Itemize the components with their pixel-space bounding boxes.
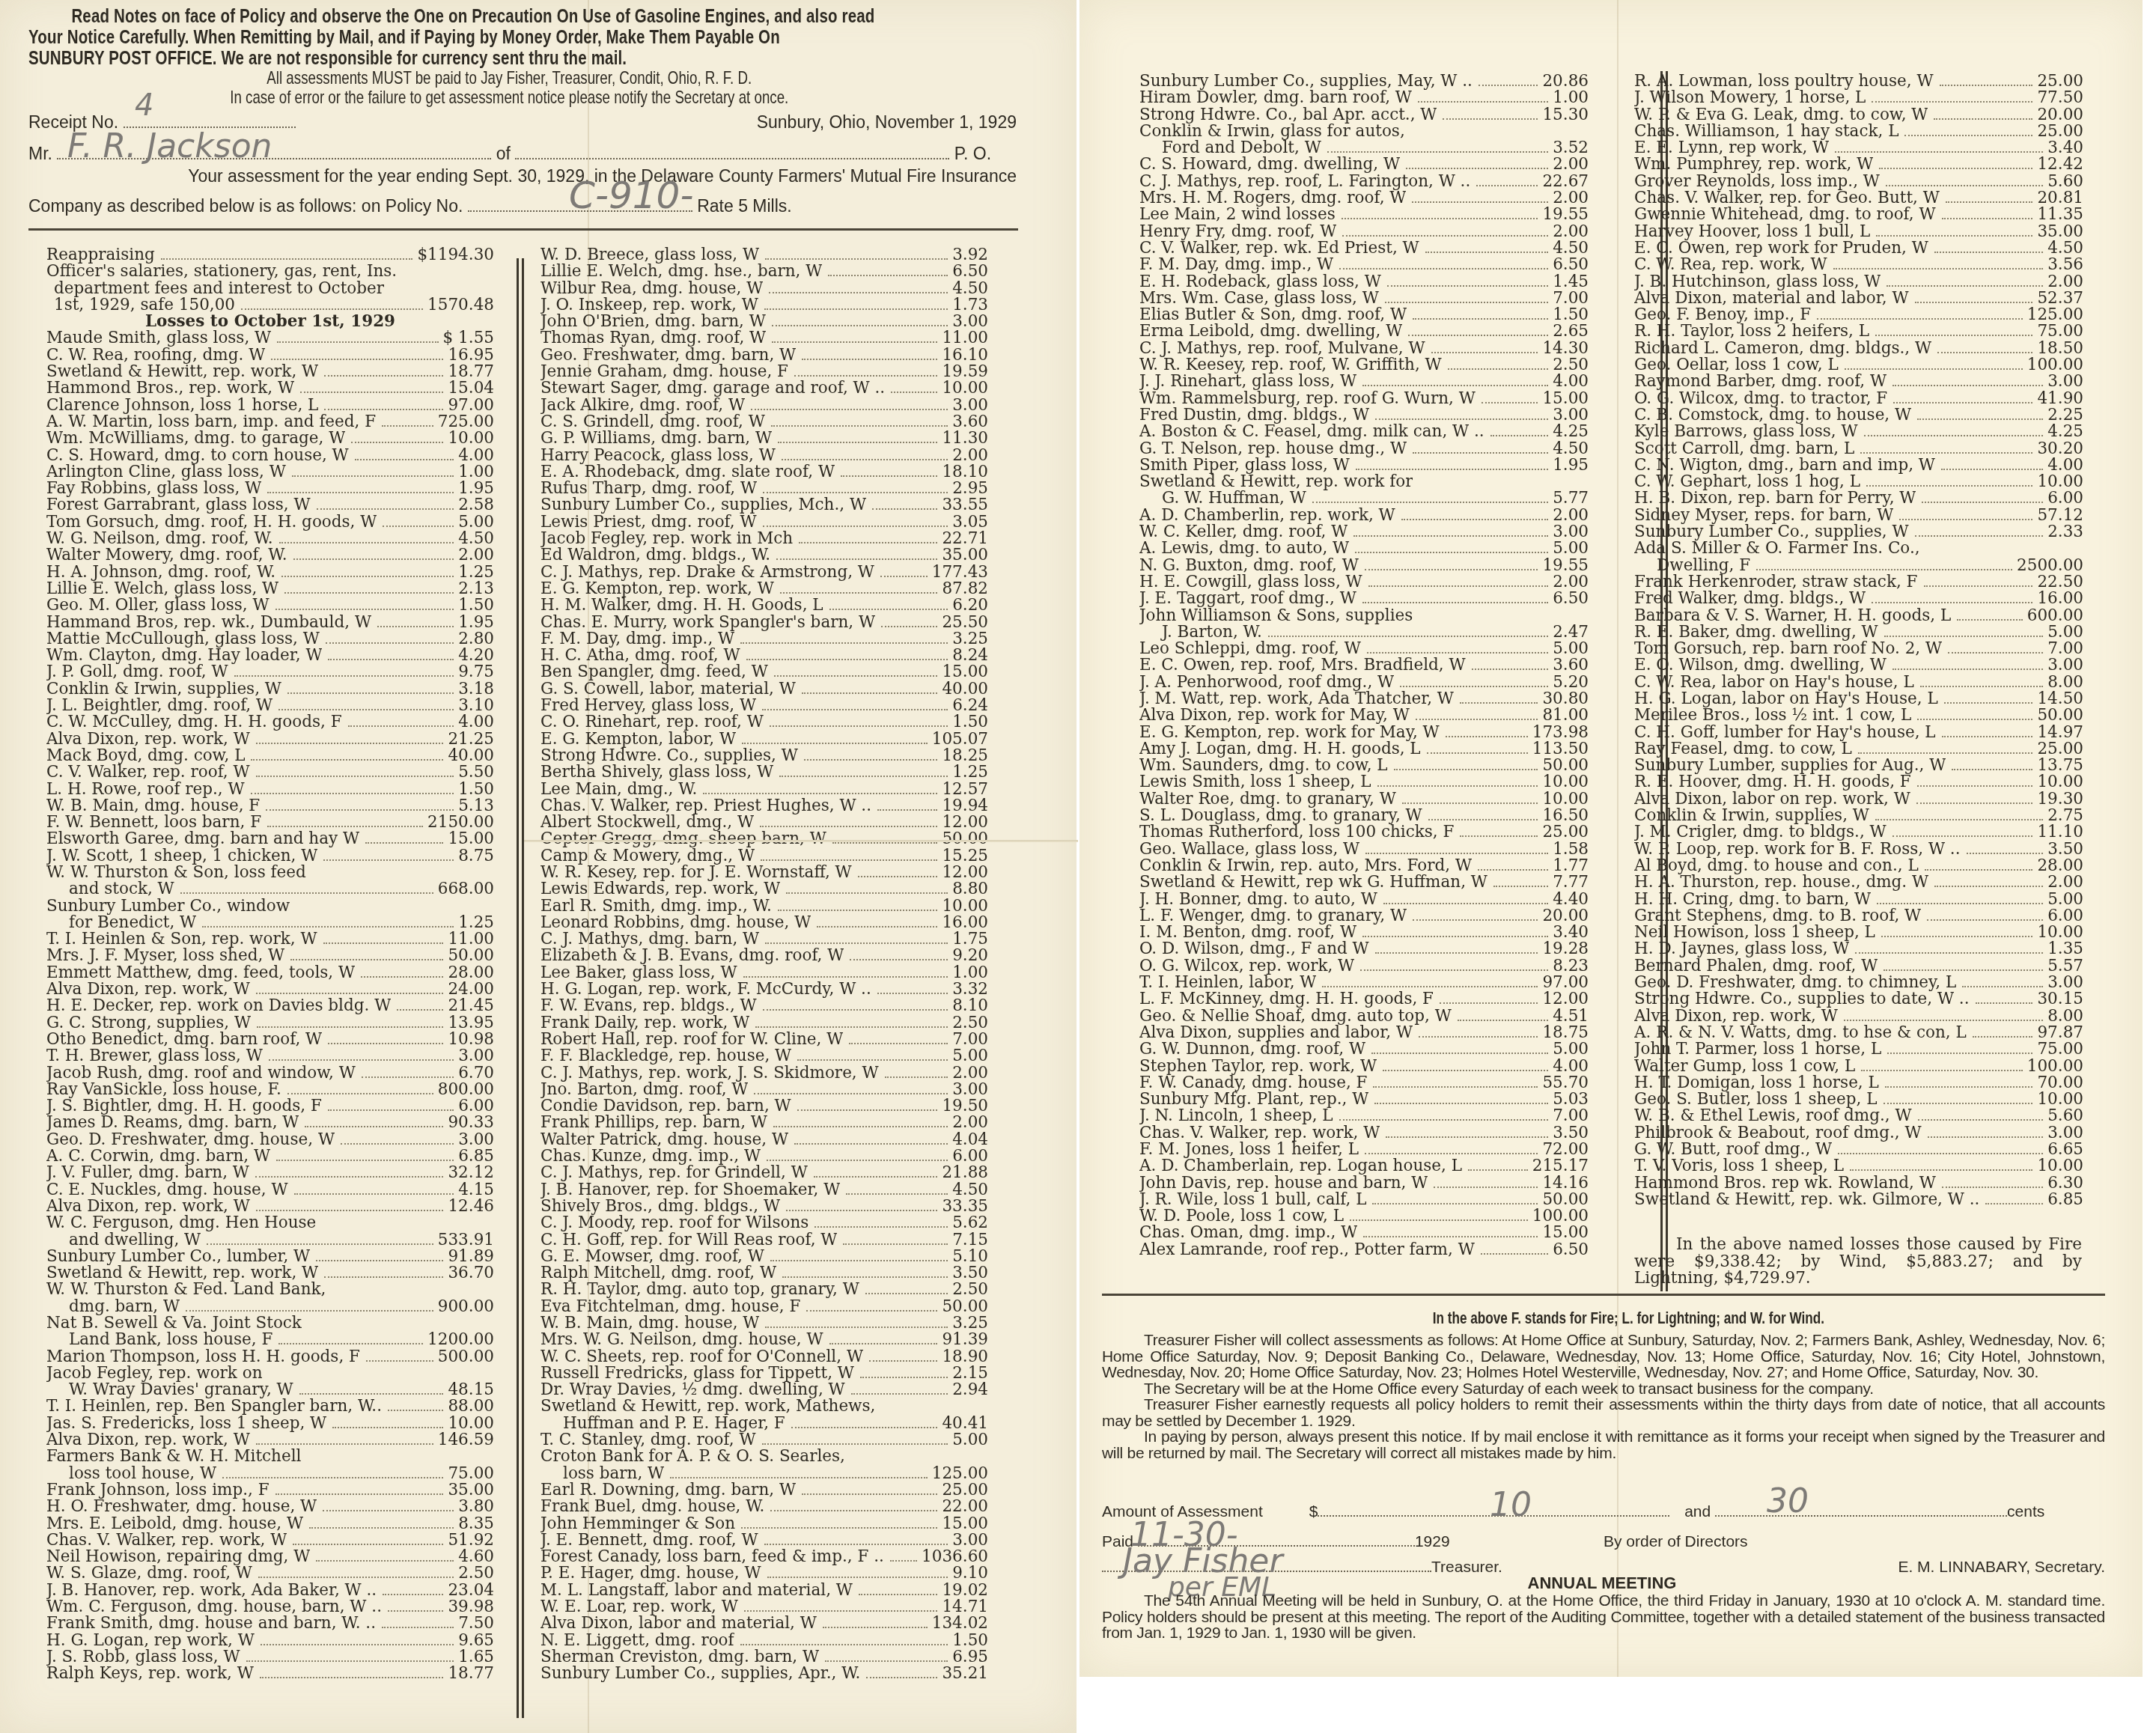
loss-description: Russell Fredricks, glass for Tippett, W [540,1365,854,1382]
dot-leader [377,626,454,627]
dot-leader [880,576,928,577]
loss-amount: 15.00 [1542,1225,1589,1241]
dot-leader [858,876,938,877]
loss-amount: 8.10 [952,998,988,1014]
loss-entry: Hammond Bros. rep wk. Rowland, W6.30 [1634,1175,2083,1192]
loss-amount: 2.65 [1553,323,1589,340]
loss-entry: Walter Mowery, dmg. roof, W.2.00 [46,547,494,564]
loss-entry: Chas. Kunze, dmg. imp., W6.00 [540,1148,988,1165]
loss-amount: 22.50 [2037,574,2083,591]
dot-leader [383,1594,443,1595]
loss-description: Chas. Kunze, dmg. imp., W [540,1148,761,1165]
loss-entry: C. J. Mathys, rep. Drake & Armstrong, W1… [540,564,988,581]
dot-leader [290,959,443,960]
dot-leader [1339,1119,1548,1121]
loss-description: J. Wilson Mowery, 1 horse, L [1634,90,1866,106]
loss-amount: 3.00 [952,398,988,414]
loss-entry: Jacob Rush, dmg. roof and window, W6.70 [46,1065,494,1082]
loss-entry: Scott Carroll, dmg. barn, L30.20 [1634,441,2083,457]
dot-leader [1952,769,2032,770]
loss-amount: 19.50 [942,1098,988,1115]
loss-entry: Merilee Bros., loss ½ int. 1 cow, L50.00 [1634,707,2083,724]
loss-amount: 16.95 [448,347,494,364]
dot-leader [828,275,948,276]
loss-entry: Chas. V. Walker, rep. work, W51.92 [46,1532,494,1549]
loss-entry: W. R. Kesey, rep. for J. E. Wornstaff, W… [540,865,988,881]
loss-amount: 113.50 [1532,741,1589,758]
loss-description: J. P. Goll, dmg. roof, W [46,664,228,680]
loss-entry: Lewis Priest, dmg. roof, W3.05 [540,514,988,531]
loss-description: Sunbury Lumber, supplies for Aug., W [1634,758,1946,774]
loss-amount: 3.80 [458,1499,494,1515]
loss-entry: Forest Canady, loss barn, feed & imp., F… [540,1549,988,1565]
dot-leader [1362,936,1548,937]
annual-meeting-title: ANNUAL MEETING [1100,1574,2104,1593]
loss-entry: F. W. Evans, rep. bldgs., W8.10 [540,998,988,1014]
loss-description: Alva Dixon, supplies and labor, W [1139,1025,1413,1041]
dot-leader [890,1560,917,1562]
loss-description: Tom Gorsuch, rep. barn roof No. 2, W [1634,641,1942,657]
dot-leader [877,993,948,994]
loss-entry: Ralph Mitchell, dmg. roof, W3.50 [540,1265,988,1282]
loss-amount: 19.30 [2037,791,2083,808]
loss-entry: Tom Gorsuch, rep. barn roof No. 2, W7.00 [1634,641,2083,657]
loss-amount: 1.50 [458,597,494,614]
loss-amount: 2.00 [1553,190,1589,207]
loss-entry: Huffman and P. E. Hager, F40.41 [540,1416,988,1432]
dot-leader [1875,335,2033,336]
loss-entry: T. I. Heinlen & Son, rep. work, W11.00 [46,931,494,948]
loss-description: Lillie E. Welch, glass loss, W [46,581,278,597]
loss-entry: W. C. Sheets, rep. roof for O'Connell, W… [540,1349,988,1365]
dot-leader [846,1193,948,1195]
loss-amount: 15.30 [1542,107,1589,124]
loss-amount: 5.00 [2047,624,2083,641]
loss-entry: E. G. Kempton, rep. work, W87.82 [540,581,988,597]
loss-description: Geo. Wallace, glass loss, W [1139,841,1359,858]
dot-leader [782,459,948,460]
loss-description: Fred Hervey, glass loss, W [540,698,756,714]
dot-leader [1838,1153,2043,1154]
dot-leader [309,1527,454,1529]
loss-description: Wm. Pumphrey, rep. work, W [1634,156,1873,173]
loss-description: Frank Phillips, rep. barn, W [540,1115,767,1131]
dot-leader [823,1627,928,1628]
loss-amount: 6.85 [2047,1192,2083,1208]
loss-description: H. M. Walker, dmg. H. H. Goods, L [540,597,823,614]
expense-reappraising: Reappraising $1194.30 [46,247,494,264]
loss-description: Harvey Hoover, loss 1 bull, L [1634,224,1870,240]
loss-description: Sunbury Lumber Co., supplies, W [1634,524,1909,540]
loss-entry: Frank Phillips, rep. barn, W2.00 [540,1115,988,1131]
loss-description: R. H. Taylor, dmg. auto top, granary, W [540,1282,859,1298]
dot-leader [1879,168,2032,169]
loss-entry: F. M. Jones, loss 1 heifer, L72.00 [1139,1142,1589,1158]
loss-amount: 3.00 [952,314,988,330]
dot-leader [778,910,938,911]
loss-description: J. B. Hanover, rep. for Shoemaker, W [540,1182,840,1199]
loss-amount: 6.00 [2047,908,2083,925]
loss-description: O. D. Wilson, dmg., F and W [1139,941,1369,957]
dot-leader [1885,1086,2033,1088]
loss-description: Wm. Clayton, dmg. Hay loader, W [46,648,322,664]
dot-leader [765,1327,948,1328]
loss-amount: 2.00 [1553,224,1589,240]
loss-amount: 10.98 [448,1032,494,1048]
loss-amount: 6.00 [952,1148,988,1165]
loss-amount: 97.87 [2037,1025,2083,1041]
dot-leader [1339,268,1548,269]
loss-amount: 23.04 [448,1583,494,1599]
loss-description: Conklin & Irwin, supplies, W [1634,808,1869,824]
loss-amount: 1.95 [458,615,494,631]
loss-description: Lee Main, dmg., W. [540,782,697,798]
loss-description: L. H. Rowe, roof rep., W [46,782,245,798]
loss-entry: Sunbury Lumber Co., supplies, Apr., W.35… [540,1666,988,1682]
loss-description: Harry Peacock, glass loss, W [540,448,776,464]
loss-entry: J. M. Crigler, dmg. to bldgs., W11.10 [1634,824,2083,841]
loss-entry: T. I. Heinlen, labor, W97.00 [1139,975,1589,991]
loss-amount: 2.00 [1553,156,1589,173]
dot-leader [1817,318,2023,320]
dot-leader [817,926,937,928]
post-office-field[interactable] [515,144,949,159]
loss-description: W. B. Main, dmg. house, F [46,798,260,814]
loss-entry: G. W. Dunnon, dmg. roof, W5.00 [1139,1041,1589,1058]
dot-leader [772,341,937,343]
dot-leader [1312,502,1548,503]
loss-entry: Strong Hdwre. Co., supplies, W18.25 [540,748,988,764]
loss-entry: Land Bank, loss house, F1200.00 [46,1332,494,1348]
loss-description: Sunbury Lumber Co., supplies, May, W .. [1139,73,1473,90]
loss-entry: Fred Dustin, dmg. bldgs., W3.00 [1139,407,1589,424]
dot-leader [341,1143,454,1145]
loss-description: A. Boston & C. Feasel, dmg. milk can, W … [1139,424,1484,440]
loss-amount: 3.18 [458,681,494,698]
loss-description: Strong Hdwre. Co., bal Apr. acct., W [1139,107,1437,124]
loss-amount: 3.40 [1553,925,1589,941]
loss-description: Wm. McWilliams, dmg. to garage, W [46,430,345,447]
loss-entry: Maude Smith, glass loss, W$ 1.55 [46,330,494,347]
loss-amount: 48.15 [448,1382,494,1398]
dot-leader [1350,1219,1528,1221]
loss-amount: 22.71 [942,531,988,547]
loss-amount: 30.20 [2037,441,2083,457]
loss-amount: 22.67 [1542,174,1589,190]
dot-leader [267,826,423,827]
loss-description: C. J. Mathys, rep. roof, Mulvane, W [1139,341,1425,357]
loss-entry: J. S. Bightler, dmg. H. H. goods, F6.00 [46,1098,494,1115]
loss-description: Hammand Bros, rep. wk., Dumbauld, W [46,615,371,631]
loss-amount: 10.00 [2037,474,2083,490]
dot-leader [1476,185,1538,186]
loss-entry: E. H. Rodeback, glass loss, W1.45 [1139,274,1589,290]
loss-description: N. E. Liggett, dmg. roof [540,1633,734,1649]
loss-entry: Jennie Graham, dmg. house, F19.59 [540,364,988,380]
dot-leader [324,375,443,377]
dot-leader [754,1093,948,1094]
loss-description: J. E. Bennett, dmg. roof, W [540,1532,758,1549]
loss-entry: G. W. Butt, roof dmg., W6.65 [1634,1142,2083,1158]
loss-description: Mattie McCullough, glass loss, W [46,631,320,648]
loss-list-1: Maude Smith, glass loss, W$ 1.55C. W. Re… [46,330,494,1682]
loss-description: P. E. Hager, dmg. house, W [540,1565,761,1582]
loss-description: Mrs. Wm. Case, glass loss, W [1139,290,1379,307]
loss-description: Dr. Wray Davies, ½ dmg. dwelling, W [540,1382,845,1398]
loss-description: I. M. Benton, dmg. roof, W [1139,925,1356,941]
dot-leader [1861,1070,2023,1071]
loss-description: Geo. & Nellie Shoaf, dmg. auto top, W [1139,1008,1452,1025]
loss-amount: 81.00 [1542,707,1589,724]
dot-leader [860,1377,948,1378]
loss-entry: Grover Reynolds, loss imp., W5.60 [1634,174,2083,190]
loss-description: Camp & Mowery, dmg., W [540,848,755,865]
loss-entry: C. S. Grindell, dmg. roof, W3.60 [540,414,988,430]
loss-description: W. D. Breece, glass loss, W [540,247,759,264]
loss-amount: 9.65 [458,1633,494,1649]
loss-entry: Mrs. E. Leibold, dmg. house, W8.35 [46,1516,494,1532]
loss-description: W. B. & Ethel Lewis, roof dmg., W [1634,1108,1912,1124]
dot-leader [1427,752,1528,754]
loss-description: H. O. Freshwater, dmg. house, W [46,1499,317,1515]
dot-leader [849,1043,948,1044]
loss-description: C. W. Rea, roofing, dmg. W [46,347,265,364]
loss-description: T. I. Heinlen, labor, W [1139,975,1316,991]
loss-amount: 1.25 [458,915,494,931]
loss-description: Ed Waldron, dmg. bldgs., W. [540,547,770,564]
dot-leader [866,1677,937,1678]
loss-description: Leo Schleppi, dmg. roof, W [1139,641,1361,657]
loss-amount: 9.10 [952,1565,988,1582]
loss-entry: M. L. Langstaff, labor and material, W19… [540,1583,988,1599]
loss-entry: Chas. Williamson, 1 hay stack, L25.00 [1634,124,2083,140]
loss-entry: Lee Main, dmg., W.12.57 [540,782,988,798]
loss-description: Grant Stephens, dmg. to B. roof, W [1634,908,1921,925]
loss-description: H. B. Dixon, rep. barn for Perry, W [1634,490,1916,507]
loss-amount: 50.00 [1542,1192,1589,1208]
loss-amount: 18.90 [942,1349,988,1365]
dot-leader [1946,201,2033,203]
loss-amount: 3.00 [2047,374,2083,390]
dot-leader [1383,903,1548,904]
dot-leader [1872,101,2032,103]
loss-description: C. J. Moody, rep. roof for Wilsons [540,1215,808,1231]
loss-amount: 2.00 [2047,874,2083,891]
dot-leader [257,1026,443,1028]
loss-amount: 900.00 [438,1299,494,1315]
loss-description: Croton Bank for A. P. & O. S. Searles, [540,1449,845,1465]
loss-entry: Elizabeth & J. B. Evans, dmg. roof, W9.2… [540,948,988,964]
loss-entry: W. W. Thurston & Son, loss feed [46,865,494,881]
loss-entry: H. E. Cowgill, glass loss, W2.00 [1139,574,1589,591]
loss-entry: Sunbury Lumber Co., supplies, May, W ..2… [1139,73,1589,90]
loss-entry: J. R. Wile, loss 1 bull, calf, L50.00 [1139,1192,1589,1208]
loss-description: Alva Dixon, material and labor, W [1634,290,1909,307]
dot-leader [1940,85,2033,86]
loss-amount: 7.15 [952,1232,988,1249]
loss-description: C. N. Wigton, dmg., barn and imp, W [1634,457,1935,474]
dot-leader [1443,118,1538,120]
loss-amount: 7.00 [952,1032,988,1048]
dot-leader [382,1627,454,1628]
loss-amount: 50.00 [448,948,494,964]
loss-amount: 2.00 [952,1065,988,1082]
loss-description: John Williamson & Sons, supplies [1139,608,1413,624]
loss-description: E. A. Rhodeback, dmg. slate roof, W [540,464,835,481]
loss-description: Geo. Freshwater, dmg. barn, W [540,347,796,364]
loss-description: Alva Dixon, rep. work, W [1634,1008,1838,1025]
loss-entry: G. S. Cowell, labor, material, W40.00 [540,681,988,698]
dot-leader [332,1427,443,1428]
dot-leader [278,709,454,710]
dot-leader [258,1577,454,1578]
dot-leader [1413,452,1548,454]
loss-description: Frank Herkenroder, straw stack, F [1634,574,1918,591]
loss-amount: 25.00 [1542,824,1589,841]
dot-leader [355,459,454,460]
loss-entry: C. J. Mathys, rep. work, J. S. Skidmore,… [540,1065,988,1082]
loss-description: Alex Lamrande, roof rep., Potter farm, W [1139,1242,1475,1258]
dot-leader [765,942,948,944]
loss-description: Henry Fry, dmg. roof, W [1139,224,1336,240]
loss-entry: P. E. Hager, dmg. house, W9.10 [540,1565,988,1582]
cents-field[interactable] [1715,1503,2007,1517]
loss-entry: Geo. & Nellie Shoaf, dmg. auto top, W4.5… [1139,1008,1589,1025]
collection-notice: Treasurer Fisher will collect assessment… [1102,1333,2105,1461]
dot-leader [1887,1053,2032,1054]
loss-description: Earl R. Smith, dmg. imp., W. [540,898,772,915]
loss-amount: 16.00 [2037,591,2083,607]
loss-entry: F. M. Day, dmg. imp., W3.25 [540,631,988,648]
loss-entry: Geo. Freshwater, dmg. barn, W16.10 [540,347,988,364]
loss-amount: 77.50 [2037,90,2083,106]
loss-amount: 21.88 [942,1165,988,1181]
loss-entry: Geo. F. Benoy, imp., F125.00 [1634,307,2083,323]
loss-description: loss barn, W [540,1466,664,1482]
loss-description: Amy J. Logan, dmg. H. H. goods, L [1139,741,1421,758]
loss-amount: 177.43 [932,564,988,581]
loss-description: Strong Hdwre. Co., supplies, W [540,748,798,764]
dot-leader [388,1410,443,1411]
loss-entry: James D. Reams, dmg. barn, W90.33 [46,1115,494,1131]
dot-leader [382,425,433,427]
loss-amount: 1.95 [458,481,494,497]
loss-entry: Lee Baker, glass loss, W1.00 [540,965,988,981]
dot-leader [877,809,937,811]
loss-entry: W. B. Main, dmg. house, F5.13 [46,798,494,814]
loss-entry: Chas. V. Walker, rep. for Geo. Butt, W20… [1634,190,2083,207]
dot-leader [763,492,948,493]
loss-entry: Tom Gorsuch, dmg. roof, H. H. goods, W5.… [46,514,494,531]
dot-leader [802,359,937,360]
dot-leader [1918,1119,2044,1121]
loss-amount: 3.00 [1553,524,1589,540]
loss-amount: 2.94 [952,1382,988,1398]
loss-description: F. F. Blackledge, rep. house, W [540,1048,791,1065]
loss-description: Chas. V. Walker, rep. Priest Hughes, W .… [540,798,871,814]
loss-entry: E. C. Owen, rep. roof, Mrs. Bradfield, W… [1139,657,1589,674]
header-divider [28,228,1018,231]
dot-leader [1472,668,1549,670]
dot-leader [323,942,444,944]
loss-amount: 25.50 [942,615,988,631]
loss-description: L. F. Wenger, dmg. to granary, W [1139,908,1407,925]
loss-description: J. Barton, W. [1139,624,1262,641]
loss-amount: 19.55 [1542,207,1589,223]
loss-amount: 3.50 [1553,1125,1589,1142]
dot-leader [1400,686,1548,687]
dot-leader [222,1477,443,1478]
dot-leader [362,1076,454,1078]
dot-leader [770,1510,937,1511]
loss-description: Lewis Smith, loss 1 sheep, L [1139,774,1371,791]
loss-description: Wm. Saunders, dmg. to cow, L [1139,758,1388,774]
loss-entry: Elias Butler & Son, dmg. roof, W1.50 [1139,307,1589,323]
dot-leader [1928,1136,2044,1138]
loss-description: R. H. Taylor, loss 2 heifers, L [1634,323,1869,340]
loss-description: W. G. Neilson, dmg. roof, W. [46,531,273,547]
loss-amount: 134.02 [932,1615,988,1632]
dot-leader [1482,402,1538,403]
loss-amount: 97.00 [448,398,494,414]
loss-amount: 14.16 [1542,1175,1589,1192]
loss-amount: 125.00 [932,1466,988,1482]
loss-amount: 5.20 [1553,674,1589,691]
loss-entry: C. O. Rinehart, rep. roof, W1.50 [540,714,988,731]
loss-entry: C. W. Rea, rep. work, W3.56 [1634,257,2083,273]
loss-description: Philbrook & Beabout, roof dmg., W [1634,1125,1922,1142]
dot-leader [764,1544,948,1545]
dot-leader [765,258,948,260]
loss-description: Swetland & Hewitt, rep wk G. Huffman, W [1139,874,1487,891]
order-label: By order of Directors [1604,1533,1748,1551]
loss-amount: 1.00 [952,965,988,981]
loss-entry: J. Barton, W.2.47 [1139,624,1589,641]
loss-amount: 4.50 [952,281,988,297]
dot-leader [841,475,937,477]
loss-amount: 75.00 [2037,323,2083,340]
dot-leader [294,1193,454,1195]
dot-leader [778,442,937,443]
dot-leader [1884,636,2043,637]
loss-amount: 2.00 [458,547,494,564]
loss-amount: 91.89 [448,1249,494,1265]
loss-entry: C. E. Nuckles, dmg. house, W4.15 [46,1182,494,1199]
loss-entry: A. R. & N. V. Watts, dmg. to hse & con, … [1634,1025,2083,1041]
dot-leader [328,1043,443,1044]
paper-crease [524,840,1078,842]
loss-entry: S. L. Douglass, dmg. to granary, W16.50 [1139,808,1589,824]
dot-leader [762,1443,948,1445]
loss-amount: 35.00 [2037,224,2083,240]
loss-entry: C. V. Walker, rep. wk. Ed Priest, W4.50 [1139,240,1589,257]
dot-leader [1387,285,1548,287]
loss-entry: Fay Robbins, glass loss, W1.95 [46,481,494,497]
loss-amount: $ 1.55 [443,330,494,347]
dot-leader [1881,936,2033,937]
loss-amount: 4.00 [458,448,494,464]
loss-description: G. W. Huffman, W [1139,490,1306,507]
loss-description: Wilbur Rea, dmg. house, W [540,281,763,297]
dot-leader [774,675,938,677]
loss-amount: 20.00 [2037,107,2083,124]
loss-entry: J. J. Rinehart, glass loss, W4.00 [1139,374,1589,390]
dot-leader [794,1143,948,1145]
loss-description: Swetland & Hewitt, rep. work for [1139,474,1413,490]
dot-leader [1957,619,2023,621]
loss-description: Mrs. J. F. Myser, loss shed, W [46,948,284,964]
loss-entry: Strong Hdwre. Co., supplies to date, W .… [1634,991,2083,1008]
